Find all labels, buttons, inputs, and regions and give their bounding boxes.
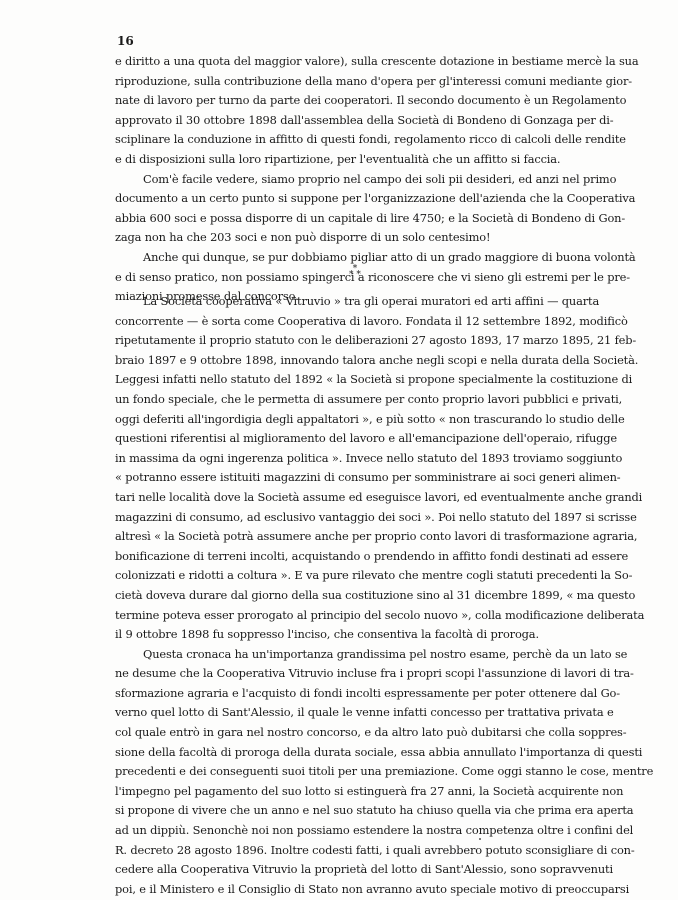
text-line: approvato il 30 ottobre 1898 dall'assemb… bbox=[115, 111, 599, 131]
text-line: in massima da ogni ingerenza politica ».… bbox=[115, 449, 599, 469]
text-line: Leggesi infatti nello statuto del 1892 «… bbox=[115, 370, 599, 390]
text-line: precedenti e dei conseguenti suoi titoli… bbox=[115, 762, 599, 782]
text-line: braio 1897 e 9 ottobre 1898, innovando t… bbox=[115, 351, 599, 371]
text-line: e di disposizioni sulla loro ripartizion… bbox=[115, 150, 599, 170]
text-line: nate di lavoro per turno da parte dei co… bbox=[115, 91, 599, 111]
text-line: documento a un certo punto si suppone pe… bbox=[115, 189, 599, 209]
asterism-separator: ** * bbox=[349, 266, 361, 278]
text-line: questioni riferentisi al miglioramento d… bbox=[115, 429, 599, 449]
text-line: sciplinare la conduzione in affitto di q… bbox=[115, 130, 599, 150]
text-line: col quale entrò in gara nel nostro conco… bbox=[115, 723, 599, 743]
text-line: Questa cronaca ha un'importanza grandiss… bbox=[115, 645, 599, 665]
text-line: cietà doveva durare dal giorno della sua… bbox=[115, 586, 599, 606]
scan-speck bbox=[479, 838, 481, 840]
text-line: e diritto a una quota del maggior valore… bbox=[115, 52, 599, 72]
text-line: oggi deferiti all'ingordigia degli appal… bbox=[115, 410, 599, 430]
text-line: zaga non ha che 203 soci e non può dispo… bbox=[115, 228, 599, 248]
text-line: ripetutamente il proprio statuto con le … bbox=[115, 331, 599, 351]
text-line: altresì « la Società potrà assumere anch… bbox=[115, 527, 599, 547]
text-line: tari nelle località dove la Società assu… bbox=[115, 488, 599, 508]
text-line: poi, e il Ministero e il Consiglio di St… bbox=[115, 880, 599, 900]
text-line: magazzini di consumo, ad esclusivo vanta… bbox=[115, 508, 599, 528]
text-line: verno quel lotto di Sant'Alessio, il qua… bbox=[115, 703, 599, 723]
text-line: ne desume che la Cooperativa Vitruvio in… bbox=[115, 664, 599, 684]
body-text-section-2: La Società cooperativa « Vitruvio » tra … bbox=[115, 292, 599, 899]
text-line: sione della facoltà di proroga della dur… bbox=[115, 743, 599, 763]
text-line: abbia 600 soci e possa disporre di un ca… bbox=[115, 209, 599, 229]
page-number: 16 bbox=[117, 34, 134, 48]
text-line: bonificazione di terreni incolti, acquis… bbox=[115, 547, 599, 567]
text-line: R. decreto 28 agosto 1896. Inoltre codes… bbox=[115, 841, 599, 861]
text-line: si propone di vivere che un anno e nel s… bbox=[115, 801, 599, 821]
text-line: termine poteva esser prorogato al princi… bbox=[115, 606, 599, 626]
text-line: Com'è facile vedere, siamo proprio nel c… bbox=[115, 170, 599, 190]
text-line: sformazione agraria e l'acquisto di fond… bbox=[115, 684, 599, 704]
text-line: cedere alla Cooperativa Vitruvio la prop… bbox=[115, 860, 599, 880]
text-line: l'impegno pel pagamento del suo lotto si… bbox=[115, 782, 599, 802]
text-line: un fondo speciale, che le permetta di as… bbox=[115, 390, 599, 410]
text-line: riproduzione, sulla contribuzione della … bbox=[115, 72, 599, 92]
text-line: « potranno essere istituiti magazzini di… bbox=[115, 468, 599, 488]
text-line: colonizzati e ridotti a coltura ». E va … bbox=[115, 566, 599, 586]
text-line: La Società cooperativa « Vitruvio » tra … bbox=[115, 292, 599, 312]
text-line: concorrente — è sorta come Cooperativa d… bbox=[115, 312, 599, 332]
text-line: Anche qui dunque, se pur dobbiamo piglia… bbox=[115, 248, 599, 268]
text-line: ad un dippiù. Senonchè noi non possiamo … bbox=[115, 821, 599, 841]
text-line: il 9 ottobre 1898 fu soppresso l'inciso,… bbox=[115, 625, 599, 645]
